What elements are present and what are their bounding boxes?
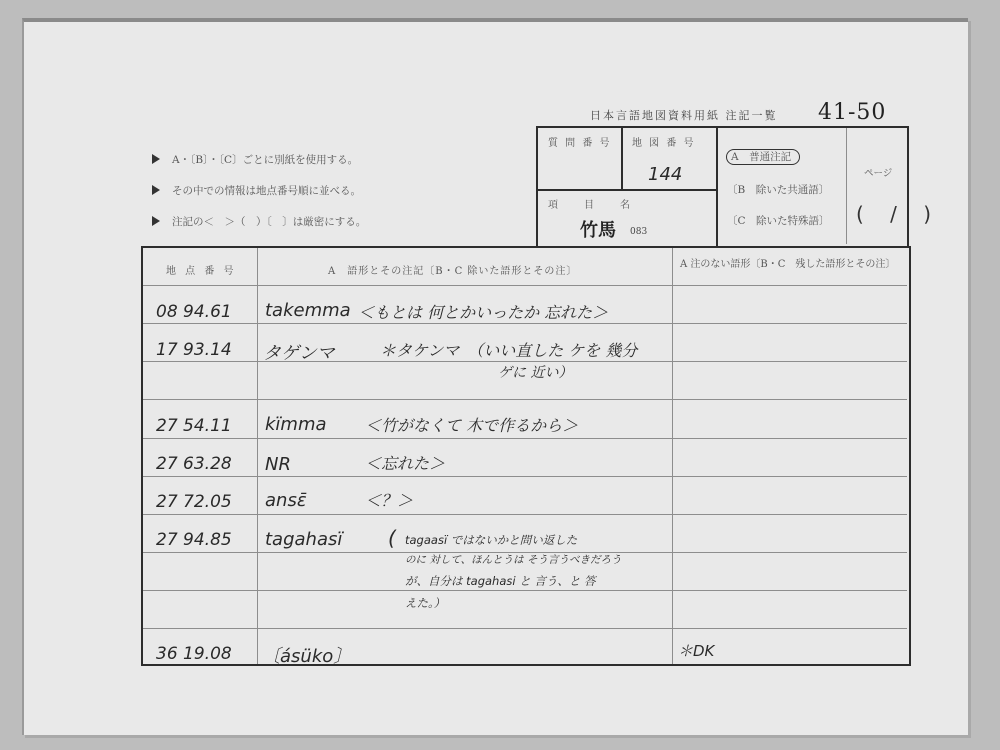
map-number-label: 地 図 番 号 (632, 134, 696, 149)
divider (537, 189, 718, 191)
unannotated-form: ＊DK (678, 640, 714, 661)
column-divider (257, 248, 258, 664)
point-number: 17 93.14 (156, 340, 232, 360)
word-form: tagahasï (265, 529, 342, 550)
category-c[interactable]: 〔C 除いた特殊語〕 (727, 213, 830, 228)
form-title: 日本言語地図資料用紙 注記一覧 (590, 107, 778, 123)
point-number: 27 63.28 (156, 454, 232, 474)
column-header-unannotated: A 注のない語形〔B・C 残した語形とその注〕 (680, 255, 895, 270)
row-line (143, 514, 907, 515)
question-number-label: 質 問 番 号 (548, 134, 612, 149)
annotation: ＜忘れた＞ (365, 451, 445, 474)
column-header-point: 地 点 番 号 (166, 262, 237, 277)
page-value[interactable]: ( / ) (856, 202, 941, 226)
rule-item: A・〔B〕・〔C〕ごとに別紙を使用する。 (152, 152, 358, 167)
row-line (143, 438, 907, 439)
annotation-line: が、自分は tagahasi と 言う、と 答 (405, 571, 596, 591)
column-divider (672, 248, 673, 664)
map-number-value[interactable]: 144 (648, 164, 682, 185)
triangle-bullet-icon (152, 185, 160, 195)
annotation-line: tagaasï ではないかと問い返した (405, 530, 577, 550)
page-label: ページ (864, 165, 892, 179)
triangle-bullet-icon (152, 216, 160, 226)
category-b[interactable]: 〔B 除いた共通語〕 (727, 182, 829, 197)
row-line (143, 285, 907, 286)
word-form: タゲンマ (263, 339, 335, 365)
row-line (143, 628, 907, 629)
divider (621, 127, 623, 191)
word-form: takemma (265, 300, 351, 321)
item-code: 083 (630, 227, 647, 237)
rule-item: 注記の＜ ＞（ ）〔 〕は厳密にする。 (152, 214, 366, 229)
rule-item: その中での情報は地点番号順に並べる。 (152, 183, 361, 198)
category-a[interactable]: A 普通注記 (726, 149, 800, 164)
item-name-label: 項 目 名 (548, 196, 632, 211)
word-form: NR (265, 454, 291, 475)
item-name-value[interactable]: 竹馬 (580, 216, 616, 242)
word-form: 〔ásüko〕 (262, 642, 351, 668)
row-line (143, 476, 907, 477)
annotation-open-paren: ( (388, 526, 396, 550)
point-number: 27 72.05 (156, 492, 232, 512)
annotation: ＜？＞ (365, 488, 413, 511)
annotation-continued: ゲに 近い） (498, 362, 572, 382)
word-form: ansɛ̄ (265, 490, 307, 511)
triangle-bullet-icon (152, 154, 160, 164)
point-number: 08 94.61 (156, 302, 232, 322)
point-number: 27 54.11 (156, 416, 232, 436)
annotation-line: えた。） (405, 593, 445, 613)
point-number: 36 19.08 (156, 644, 232, 664)
word-form: kïmma (265, 414, 327, 435)
map-range-number: 41-50 (818, 100, 886, 125)
divider (846, 128, 847, 244)
point-number: 27 94.85 (156, 530, 232, 550)
row-line (143, 399, 907, 400)
row-line (143, 323, 907, 324)
column-header-annotated: A 語形とその注記〔B・C 除いた語形とその注〕 (328, 262, 577, 277)
annotation: ＊タケンマ （いい直した ケを 幾分 (380, 338, 637, 361)
divider (716, 127, 718, 246)
annotation: ＜もとは 何とかいったか 忘れた＞ (358, 300, 608, 323)
annotation-line: のに 対して、ほんとうは そう言うべきだろう (405, 550, 621, 570)
annotation: ＜竹がなくて 木で作るから＞ (365, 413, 578, 436)
